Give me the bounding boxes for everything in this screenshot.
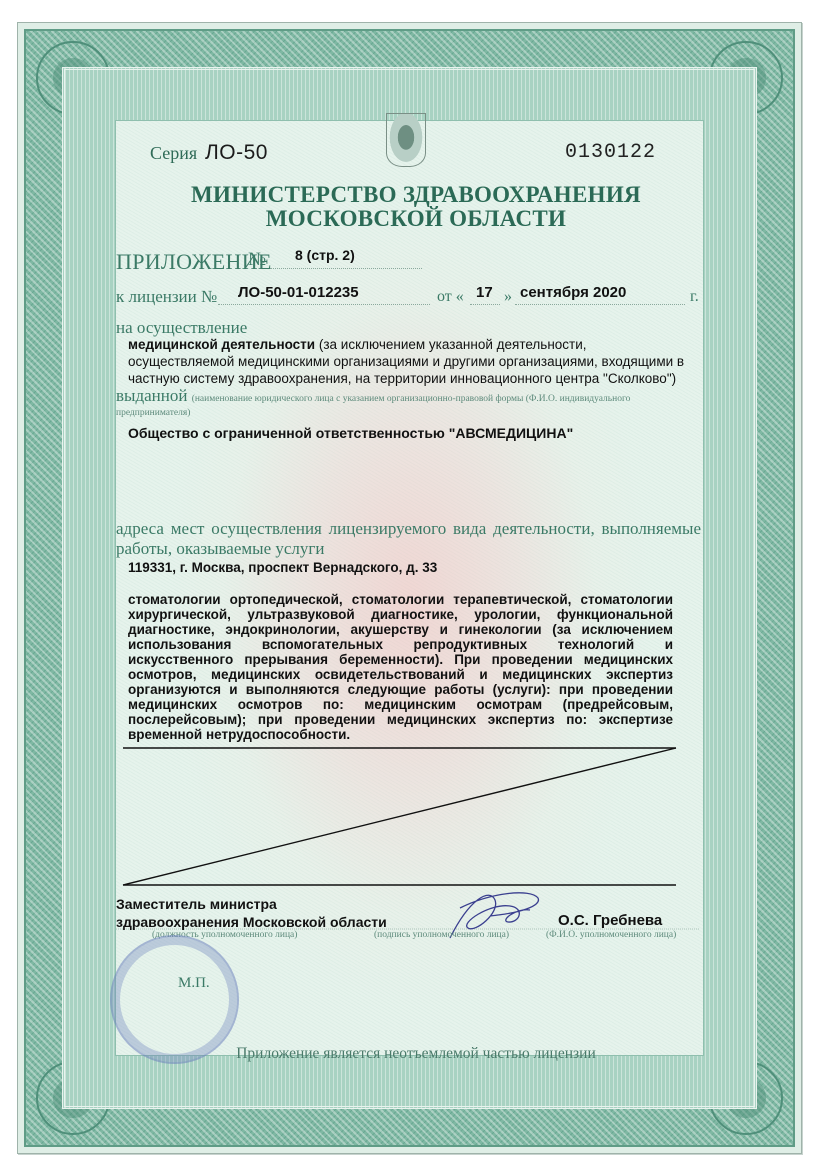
signatory-title: Заместитель министра здравоохранения Мос… — [116, 895, 387, 931]
stamp-label: М.П. — [178, 975, 210, 992]
footer-note: Приложение является неотъемлемой частью … — [0, 1045, 832, 1063]
signatory-title-line1: Заместитель министра — [116, 895, 387, 913]
signatory-name: О.С. Гребнева — [558, 912, 662, 929]
name-caption: (Ф.И.О. уполномоченного лица) — [546, 930, 676, 940]
signatory-title-line2: здравоохранения Московской области — [116, 913, 387, 931]
signature-caption: (подпись уполномоченного лица) — [374, 930, 509, 940]
